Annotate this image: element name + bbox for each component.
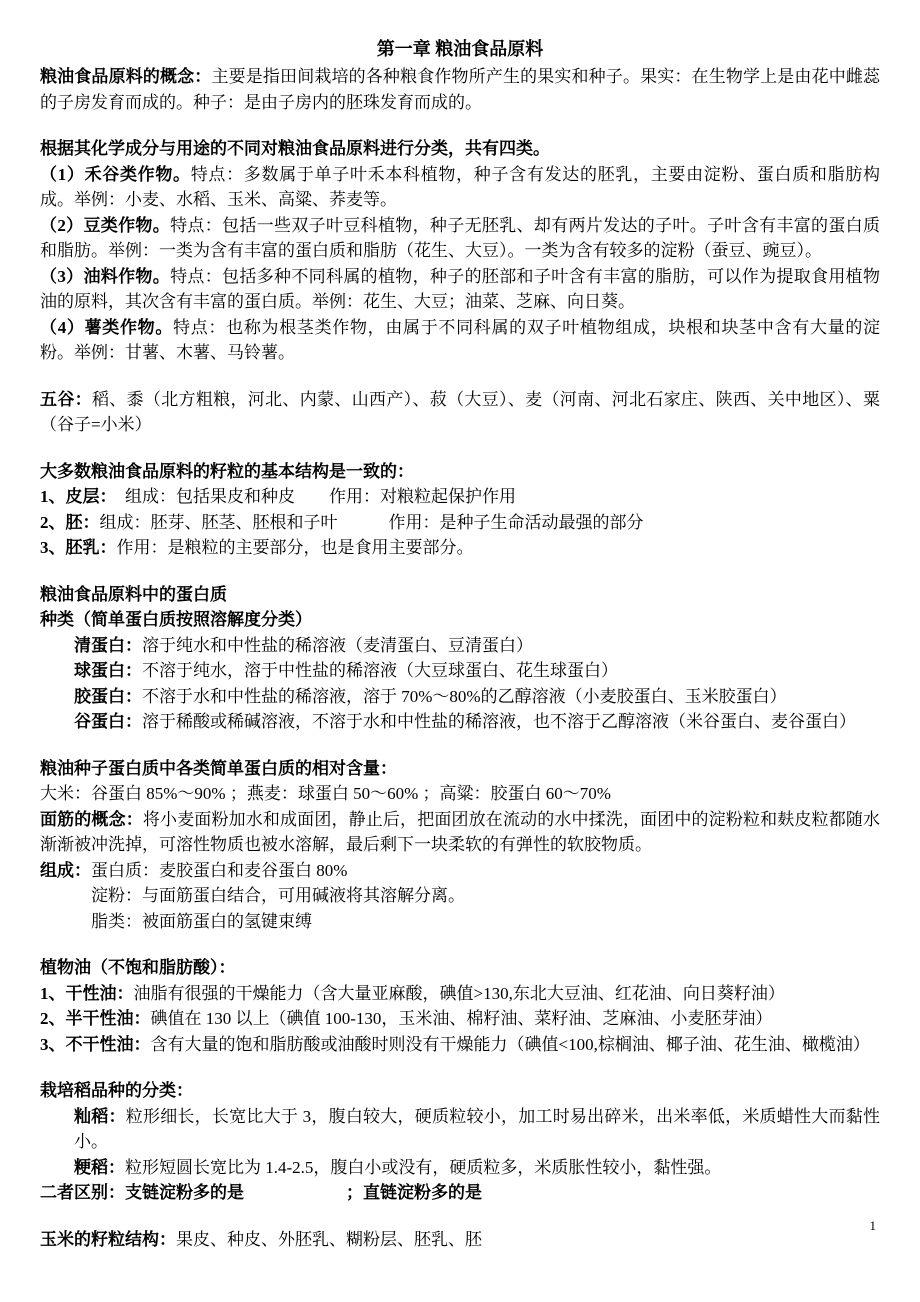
paragraph-bold-text: 种类（简单蛋白质按照溶解度分类）: [40, 610, 312, 629]
paragraph-bold-text: 1、皮层：: [40, 487, 108, 506]
paragraph-oil-2-semi-drying: 2、半干性油：碘值在 130 以上（碘值 100-130，玉米油、棉籽油、菜籽油…: [40, 1006, 880, 1032]
paragraph-kernel-structure-heading: 大多数粮油食品原料的籽粒的基本结构是一致的：: [40, 459, 880, 485]
paragraph-rice-varieties-heading: 栽培稻品种的分类：: [40, 1078, 880, 1104]
paragraph-bold-text: 粮油种子蛋白质中各类简单蛋白质的相对含量：: [40, 759, 397, 778]
paragraph-oil-1-drying: 1、干性油：油脂有很强的干燥能力（含大量亚麻酸，碘值>130,东北大豆油、红花油…: [40, 981, 880, 1007]
paragraph-bold-text: （3）油料作物。: [40, 267, 170, 286]
paragraph-bold-text: 粮油食品原料中的蛋白质: [40, 585, 227, 604]
page-title: 第一章 粮油食品原料: [40, 36, 880, 62]
paragraph-bold-text: 五谷：: [40, 390, 92, 409]
paragraph-text: 将小麦面粉加水和成面团，静止后，把面团放在流动的水中揉洗，面团中的淀粉粒和麸皮粒…: [40, 810, 880, 855]
paragraph-rice-indica: 籼稻：粒形细长，长宽比大于 3，腹白较大，硬质粒较小，加工时易出碎米，出米率低，…: [40, 1104, 880, 1155]
paragraph-bold-text: 大多数粮油食品原料的籽粒的基本结构是一致的：: [40, 462, 414, 481]
paragraph-text: 粒形细长，长宽比大于 3，腹白较大，硬质粒较小，加工时易出碎米，出米率低，米质蜡…: [74, 1107, 880, 1152]
paragraph-category-1-cereal-crops: （1）禾谷类作物。特点：多数属于单子叶禾本科植物，种子含有发达的胚乳，主要由淀粉…: [40, 162, 880, 213]
paragraph-protein-albumin: 清蛋白：溶于纯水和中性盐的稀溶液（麦清蛋白、豆清蛋白）: [40, 633, 880, 659]
paragraph-bold-text: 粮油食品原料的概念：: [40, 67, 211, 86]
paragraph-protein-globulin: 球蛋白：不溶于纯水，溶于中性盐的稀溶液（大豆球蛋白、花生球蛋白）: [40, 658, 880, 684]
paragraph-text: 作用：是粮粒的主要部分，也是食用主要部分。: [117, 538, 474, 557]
paragraph-bold-text: 组成：: [40, 861, 91, 880]
paragraph-protein-glutelin: 谷蛋白：溶于稀酸或稀碱溶液，不溶于水和中性盐的稀溶液，也不溶于乙醇溶液（米谷蛋白…: [40, 709, 880, 735]
paragraph-bold-text: 面筋的概念：: [40, 810, 143, 829]
paragraph-bold-text: 2、半干性油：: [40, 1009, 151, 1028]
paragraph-text: 果皮、种皮、外胚乳、糊粉层、胚乳、胚: [176, 1230, 482, 1249]
paragraph-text: 溶于稀酸或稀碱溶液，不溶于水和中性盐的稀溶液，也不溶于乙醇溶液（米谷蛋白、麦谷蛋…: [142, 712, 856, 731]
paragraph-bold-text: 粳稻：: [74, 1158, 125, 1177]
paragraph-bold-text: 谷蛋白：: [74, 712, 142, 731]
paragraph-corn-kernel-structure: 玉米的籽粒结构：果皮、种皮、外胚乳、糊粉层、胚乳、胚: [40, 1227, 880, 1253]
paragraph-protein-types-heading: 种类（简单蛋白质按照溶解度分类）: [40, 607, 880, 633]
paragraph-oil-3-non-drying: 3、不干性油：含有大量的饱和脂肪酸或油酸时则没有干燥能力（碘值<100,棕榈油、…: [40, 1032, 880, 1058]
paragraph-text: 稻、黍（北方粗粮，河北、内蒙、山西产）、菽（大豆）、麦（河南、河北石家庄、陕西、…: [40, 390, 880, 435]
paragraph-text: 组成：包括果皮和种皮 作用：对粮粒起保护作用: [108, 487, 516, 506]
paragraph-protein-heading: 粮油食品原料中的蛋白质: [40, 582, 880, 608]
paragraph-protein-prolamin: 胶蛋白：不溶于水和中性盐的稀溶液，溶于 70%～80%的乙醇溶液（小麦胶蛋白、玉…: [40, 684, 880, 710]
paragraph-gluten-lipids: 脂类：被面筋蛋白的氢键束缚: [40, 909, 880, 935]
paragraph-bold-text: 栽培稻品种的分类：: [40, 1081, 193, 1100]
paragraph-text: 溶于纯水和中性盐的稀溶液（麦清蛋白、豆清蛋白）: [142, 636, 533, 655]
paragraph-vegetable-oil-heading: 植物油（不饱和脂肪酸）：: [40, 955, 880, 981]
paragraph-gluten-concept: 面筋的概念：将小麦面粉加水和成面团，静止后，把面团放在流动的水中揉洗，面团中的淀…: [40, 807, 880, 858]
paragraph-text: 脂类：被面筋蛋白的氢键束缚: [91, 912, 312, 931]
paragraph-structure-2-germ: 2、胚：组成：胚芽、胚茎、胚根和子叶 作用：是种子生命活动最强的部分: [40, 510, 880, 536]
document-page: 第一章 粮油食品原料 粮油食品原料的概念：主要是指田间栽培的各种粮食作物所产生的…: [0, 0, 920, 1302]
paragraph-category-2-legume-crops: （2）豆类作物。特点：包括一些双子叶豆科植物，种子无胚乳、却有两片发达的子叶。子…: [40, 213, 880, 264]
paragraph-bold-text: 1、干性油：: [40, 984, 134, 1003]
document-body: 粮油食品原料的概念：主要是指田间栽培的各种粮食作物所产生的果实和种子。果实：在生…: [40, 64, 880, 1252]
paragraph-text: 淀粉：与面筋蛋白结合，可用碱液将其溶解分离。: [91, 886, 465, 905]
paragraph-five-grains: 五谷：稻、黍（北方粗粮，河北、内蒙、山西产）、菽（大豆）、麦（河南、河北石家庄、…: [40, 387, 880, 438]
paragraph-text: 蛋白质：麦胶蛋白和麦谷蛋白 80%: [91, 861, 347, 880]
paragraph-bold-text: 植物油（不饱和脂肪酸）：: [40, 958, 236, 977]
paragraph-protein-content-values: 大米：谷蛋白 85%～90% ；燕麦：球蛋白 50～60% ；高粱：胶蛋白 60…: [40, 781, 880, 807]
paragraph-concept: 粮油食品原料的概念：主要是指田间栽培的各种粮食作物所产生的果实和种子。果实：在生…: [40, 64, 880, 115]
paragraph-text: 油脂有很强的干燥能力（含大量亚麻酸，碘值>130,东北大豆油、红花油、向日葵籽油…: [134, 984, 785, 1003]
paragraph-bold-text: 球蛋白：: [74, 661, 142, 680]
paragraph-bold-text: 玉米的籽粒结构：: [40, 1230, 176, 1249]
paragraph-category-3-oil-crops: （3）油料作物。特点：包括多种不同科属的植物，种子的胚部和子叶含有丰富的脂肪，可…: [40, 264, 880, 315]
paragraph-bold-text: （1）禾谷类作物。: [40, 165, 191, 184]
paragraph-bold-text: 籼稻：: [74, 1107, 126, 1126]
paragraph-text: 粒形短圆长宽比为 1.4-2.5，腹白小或没有，硬质粒多，米质胀性较小，黏性强。: [125, 1158, 721, 1177]
paragraph-text: 含有大量的饱和脂肪酸或油酸时则没有干燥能力（碘值<100,棕榈油、椰子油、花生油…: [151, 1035, 870, 1054]
paragraph-text: 不溶于水和中性盐的稀溶液，溶于 70%～80%的乙醇溶液（小麦胶蛋白、玉米胶蛋白…: [142, 687, 787, 706]
paragraph-bold-text: 2、胚：: [40, 513, 100, 532]
paragraph-text: 大米：谷蛋白 85%～90% ；燕麦：球蛋白 50～60% ；高粱：胶蛋白 60…: [40, 784, 611, 803]
paragraph-rice-japonica: 粳稻：粒形短圆长宽比为 1.4-2.5，腹白小或没有，硬质粒多，米质胀性较小，黏…: [40, 1155, 880, 1181]
paragraph-bold-text: 3、胚乳：: [40, 538, 117, 557]
paragraph-bold-text: 3、不干性油：: [40, 1035, 151, 1054]
paragraph-rice-difference: 二者区别：支链淀粉多的是 ；直链淀粉多的是: [40, 1180, 880, 1206]
paragraph-category-4-tuber-crops: （4）薯类作物。特点：也称为根茎类作物，由属于不同科属的双子叶植物组成，块根和块…: [40, 315, 880, 366]
paragraph-bold-text: 胶蛋白：: [74, 687, 142, 706]
page-number: 1: [870, 1218, 877, 1234]
paragraph-bold-text: 根据其化学成分与用途的不同对粮油食品原料进行分类，共有四类。: [40, 139, 550, 158]
paragraph-classification-heading: 根据其化学成分与用途的不同对粮油食品原料进行分类，共有四类。: [40, 136, 880, 162]
paragraph-bold-text: （4）薯类作物。: [40, 318, 173, 337]
paragraph-structure-3-endosperm: 3、胚乳：作用：是粮粒的主要部分，也是食用主要部分。: [40, 535, 880, 561]
paragraph-protein-content-heading: 粮油种子蛋白质中各类简单蛋白质的相对含量：: [40, 756, 880, 782]
paragraph-bold-text: 清蛋白：: [74, 636, 142, 655]
paragraph-text: 组成：胚芽、胚茎、胚根和子叶 作用：是种子生命活动最强的部分: [100, 513, 644, 532]
paragraph-gluten-starch: 淀粉：与面筋蛋白结合，可用碱液将其溶解分离。: [40, 883, 880, 909]
paragraph-text: 不溶于纯水，溶于中性盐的稀溶液（大豆球蛋白、花生球蛋白）: [142, 661, 618, 680]
paragraph-bold-text: 二者区别：支链淀粉多的是 ；直链淀粉多的是: [40, 1183, 482, 1202]
paragraph-text: 碘值在 130 以上（碘值 100-130，玉米油、棉籽油、菜籽油、芝麻油、小麦…: [151, 1009, 773, 1028]
paragraph-gluten-composition: 组成：蛋白质：麦胶蛋白和麦谷蛋白 80%: [40, 858, 880, 884]
paragraph-bold-text: （2）豆类作物。: [40, 216, 170, 235]
paragraph-structure-1-peel: 1、皮层： 组成：包括果皮和种皮 作用：对粮粒起保护作用: [40, 484, 880, 510]
